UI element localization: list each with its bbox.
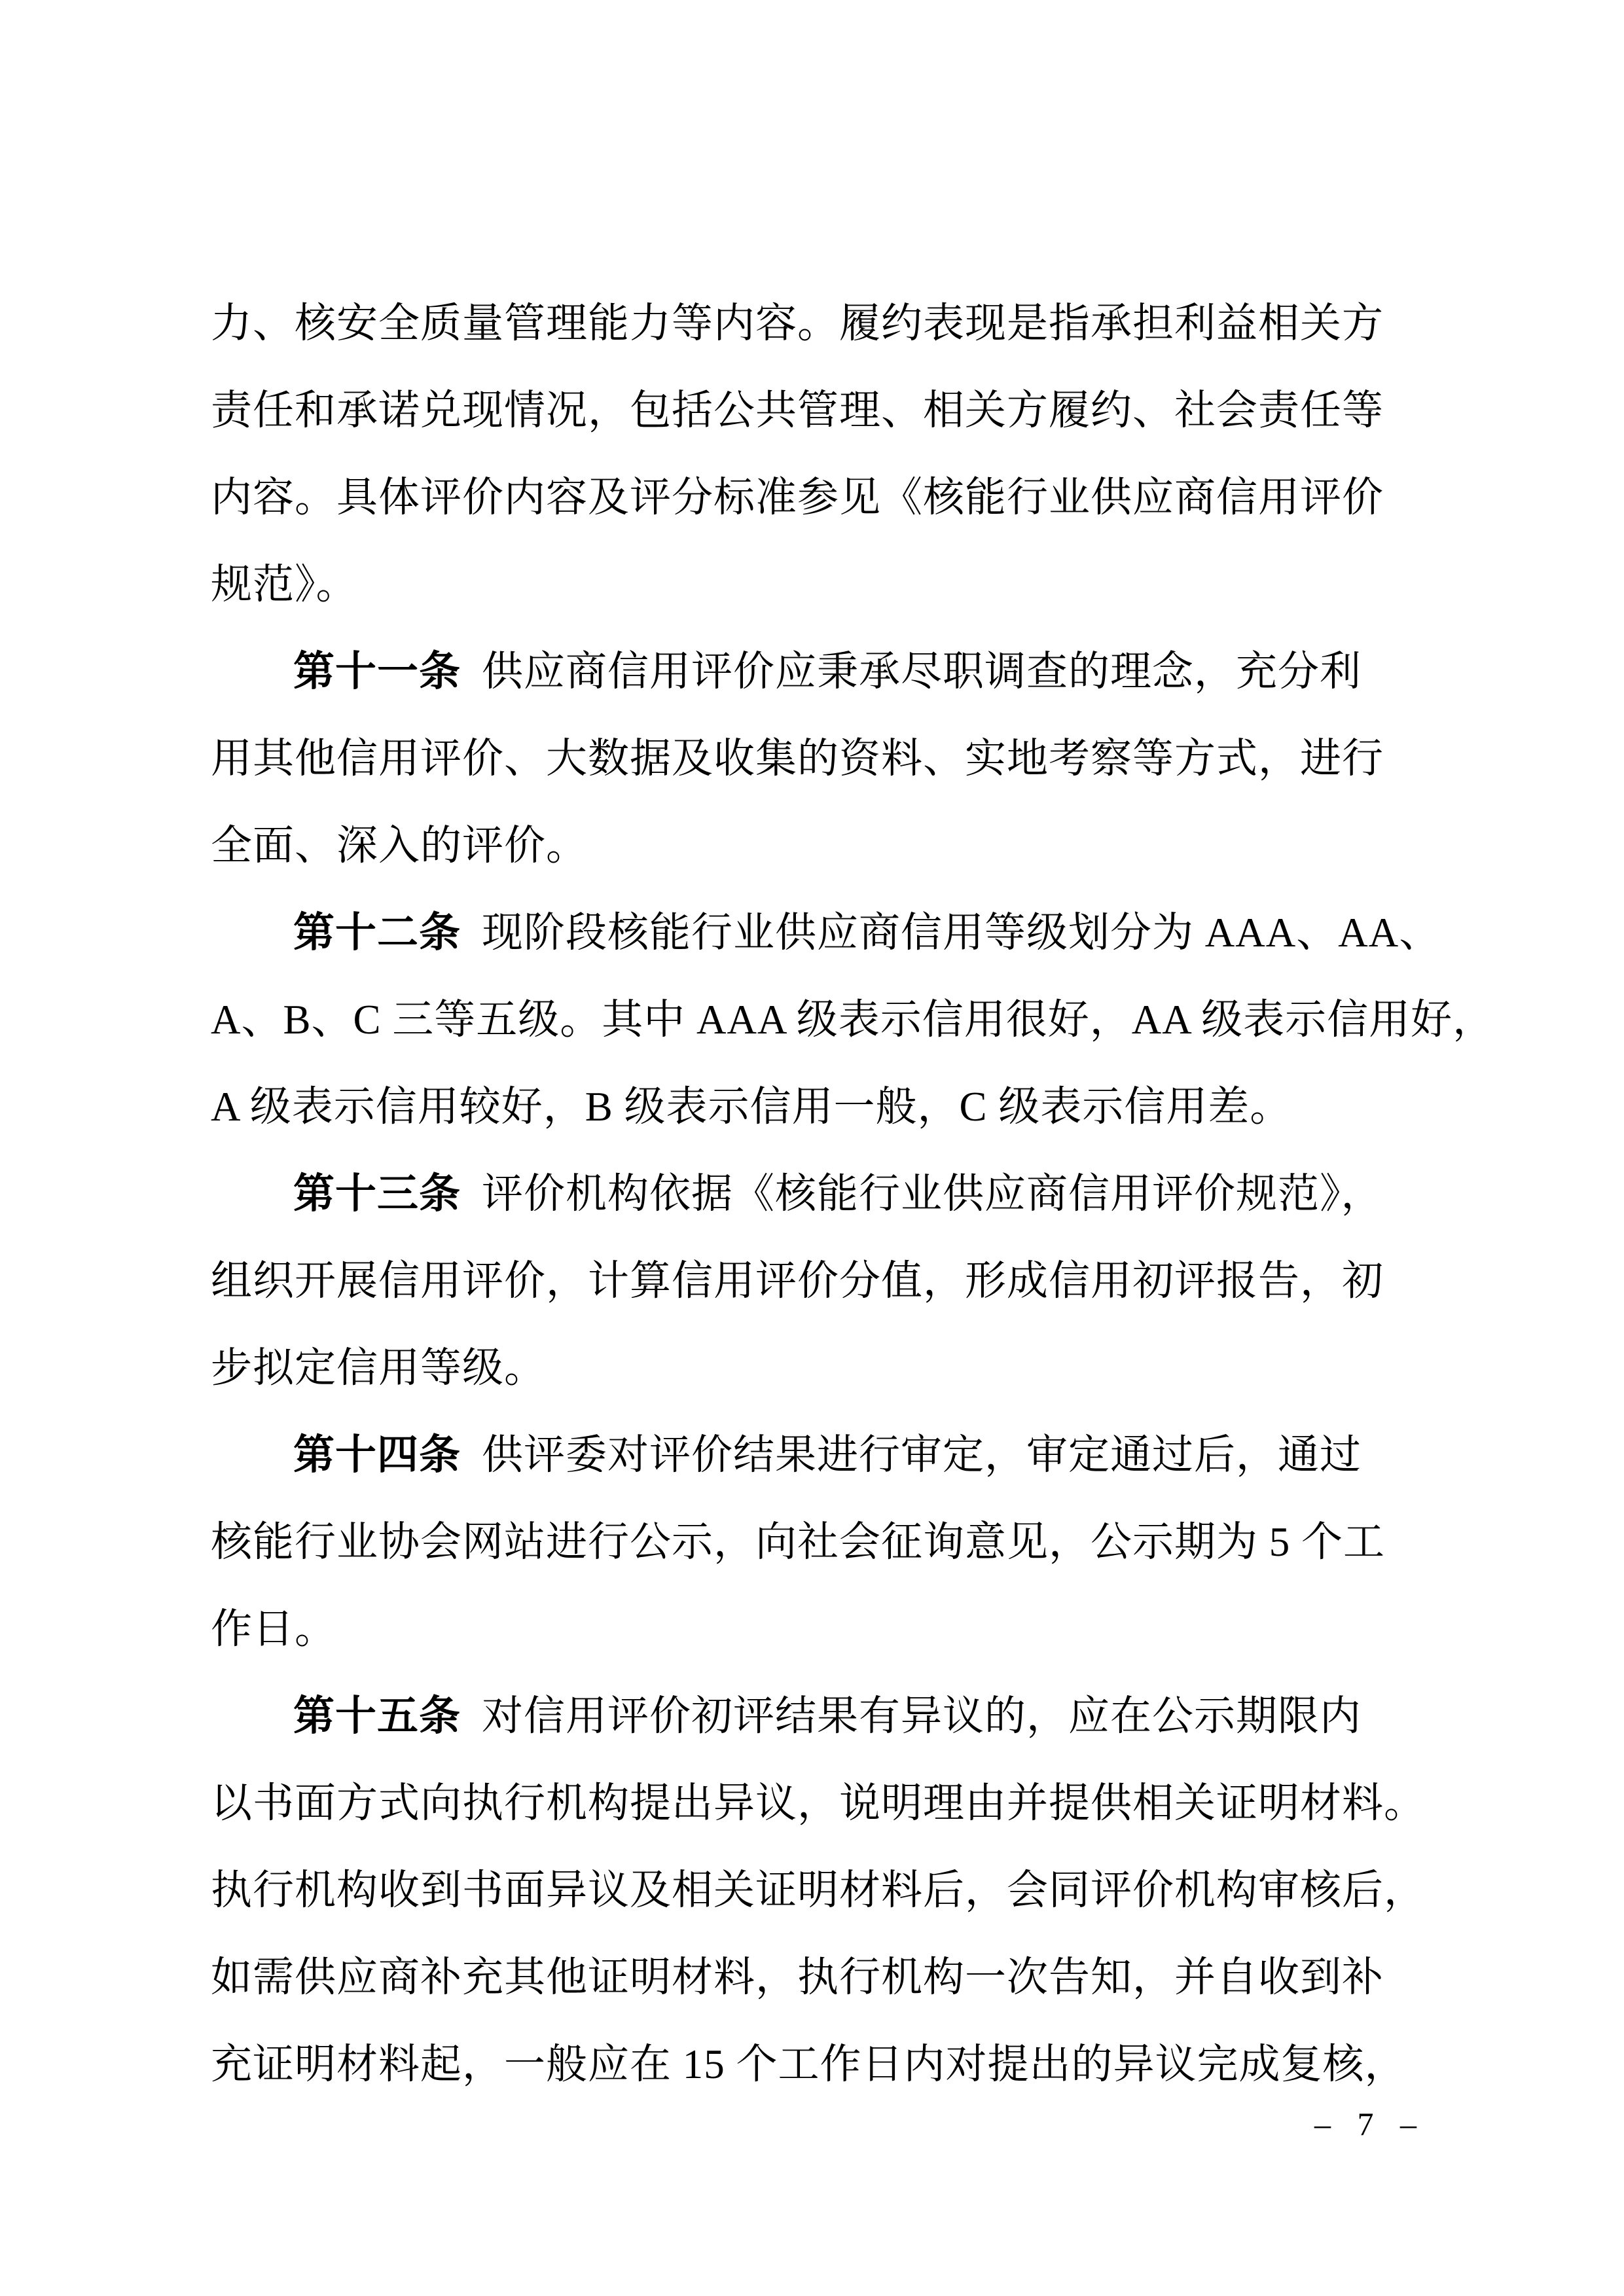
- article-number: 第十三条: [293, 1171, 461, 1217]
- text-line: 作日。: [211, 1586, 1440, 1673]
- text-line: 用其他信用评价、大数据及收集的资料、实地考察等方式，进行: [211, 715, 1440, 802]
- text-line: A 级表示信用较好，B 级表示信用一般，C 级表示信用差。: [211, 1064, 1440, 1151]
- text-line: 以书面方式向执行机构提出异议，说明理由并提供相关证明材料。: [211, 1760, 1440, 1847]
- text-line: 充证明材料起，一般应在 15 个工作日内对提出的异议完成复核，: [211, 2021, 1440, 2108]
- text-line: 第十五条对信用评价初评结果有异议的，应在公示期限内: [211, 1673, 1440, 1760]
- text-line: 第十一条供应商信用评价应秉承尽职调查的理念，充分利: [211, 628, 1440, 715]
- document-page: 力、核安全质量管理能力等内容。履约表现是指承担利益相关方 责任和承诺兑现情况，包…: [0, 0, 1624, 2296]
- text-line: 执行机构收到书面异议及相关证明材料后，会同评价机构审核后，: [211, 1847, 1440, 1934]
- article-number: 第十四条: [293, 1432, 461, 1478]
- text-line: 第十三条评价机构依据《核能行业供应商信用评价规范》，: [211, 1151, 1440, 1238]
- text-line: 全面、深入的评价。: [211, 802, 1440, 889]
- article-text: 评价机构依据《核能行业供应商信用评价规范》，: [482, 1171, 1383, 1217]
- text-line: 步拟定信用等级。: [211, 1325, 1440, 1412]
- text-line: A、B、C 三等五级。其中 AAA 级表示信用很好，AA 级表示信用好，: [211, 977, 1440, 1064]
- paragraph-article-15: 第十五条对信用评价初评结果有异议的，应在公示期限内 以书面方式向执行机构提出异议…: [211, 1673, 1440, 2108]
- text-line: 如需供应商补充其他证明材料，执行机构一次告知，并自收到补: [211, 1934, 1440, 2021]
- page-number: – 7 –: [1314, 2105, 1426, 2143]
- text-line: 核能行业协会网站进行公示，向社会征询意见，公示期为 5 个工: [211, 1499, 1440, 1586]
- paragraph-article-12: 第十二条现阶段核能行业供应商信用等级划分为 AAA、AA、 A、B、C 三等五级…: [211, 889, 1440, 1151]
- text-line: 规范》。: [211, 541, 1440, 628]
- paragraph-article-11: 第十一条供应商信用评价应秉承尽职调查的理念，充分利 用其他信用评价、大数据及收集…: [211, 628, 1440, 889]
- article-text: 现阶段核能行业供应商信用等级划分为 AAA、AA、: [482, 910, 1441, 956]
- text-line: 组织开展信用评价，计算信用评价分值，形成信用初评报告，初: [211, 1238, 1440, 1325]
- article-number: 第十一条: [293, 649, 461, 694]
- paragraph-article-14: 第十四条供评委对评价结果进行审定，审定通过后，通过 核能行业协会网站进行公示，向…: [211, 1412, 1440, 1673]
- article-number: 第十二条: [293, 910, 461, 956]
- text-line: 内容。具体评价内容及评分标准参见《核能行业供应商信用评价: [211, 454, 1440, 541]
- article-text: 供评委对评价结果进行审定，审定通过后，通过: [482, 1432, 1362, 1478]
- text-line: 第十四条供评委对评价结果进行审定，审定通过后，通过: [211, 1412, 1440, 1499]
- text-line: 责任和承诺兑现情况，包括公共管理、相关方履约、社会责任等: [211, 367, 1440, 454]
- article-number: 第十五条: [293, 1693, 461, 1739]
- paragraph-article-13: 第十三条评价机构依据《核能行业供应商信用评价规范》， 组织开展信用评价，计算信用…: [211, 1151, 1440, 1412]
- article-text: 供应商信用评价应秉承尽职调查的理念，充分利: [482, 649, 1362, 694]
- paragraph-continuation: 力、核安全质量管理能力等内容。履约表现是指承担利益相关方 责任和承诺兑现情况，包…: [211, 280, 1440, 628]
- text-line: 第十二条现阶段核能行业供应商信用等级划分为 AAA、AA、: [211, 889, 1440, 977]
- text-line: 力、核安全质量管理能力等内容。履约表现是指承担利益相关方: [211, 280, 1440, 367]
- document-body: 力、核安全质量管理能力等内容。履约表现是指承担利益相关方 责任和承诺兑现情况，包…: [211, 280, 1440, 2108]
- article-text: 对信用评价初评结果有异议的，应在公示期限内: [482, 1693, 1362, 1739]
